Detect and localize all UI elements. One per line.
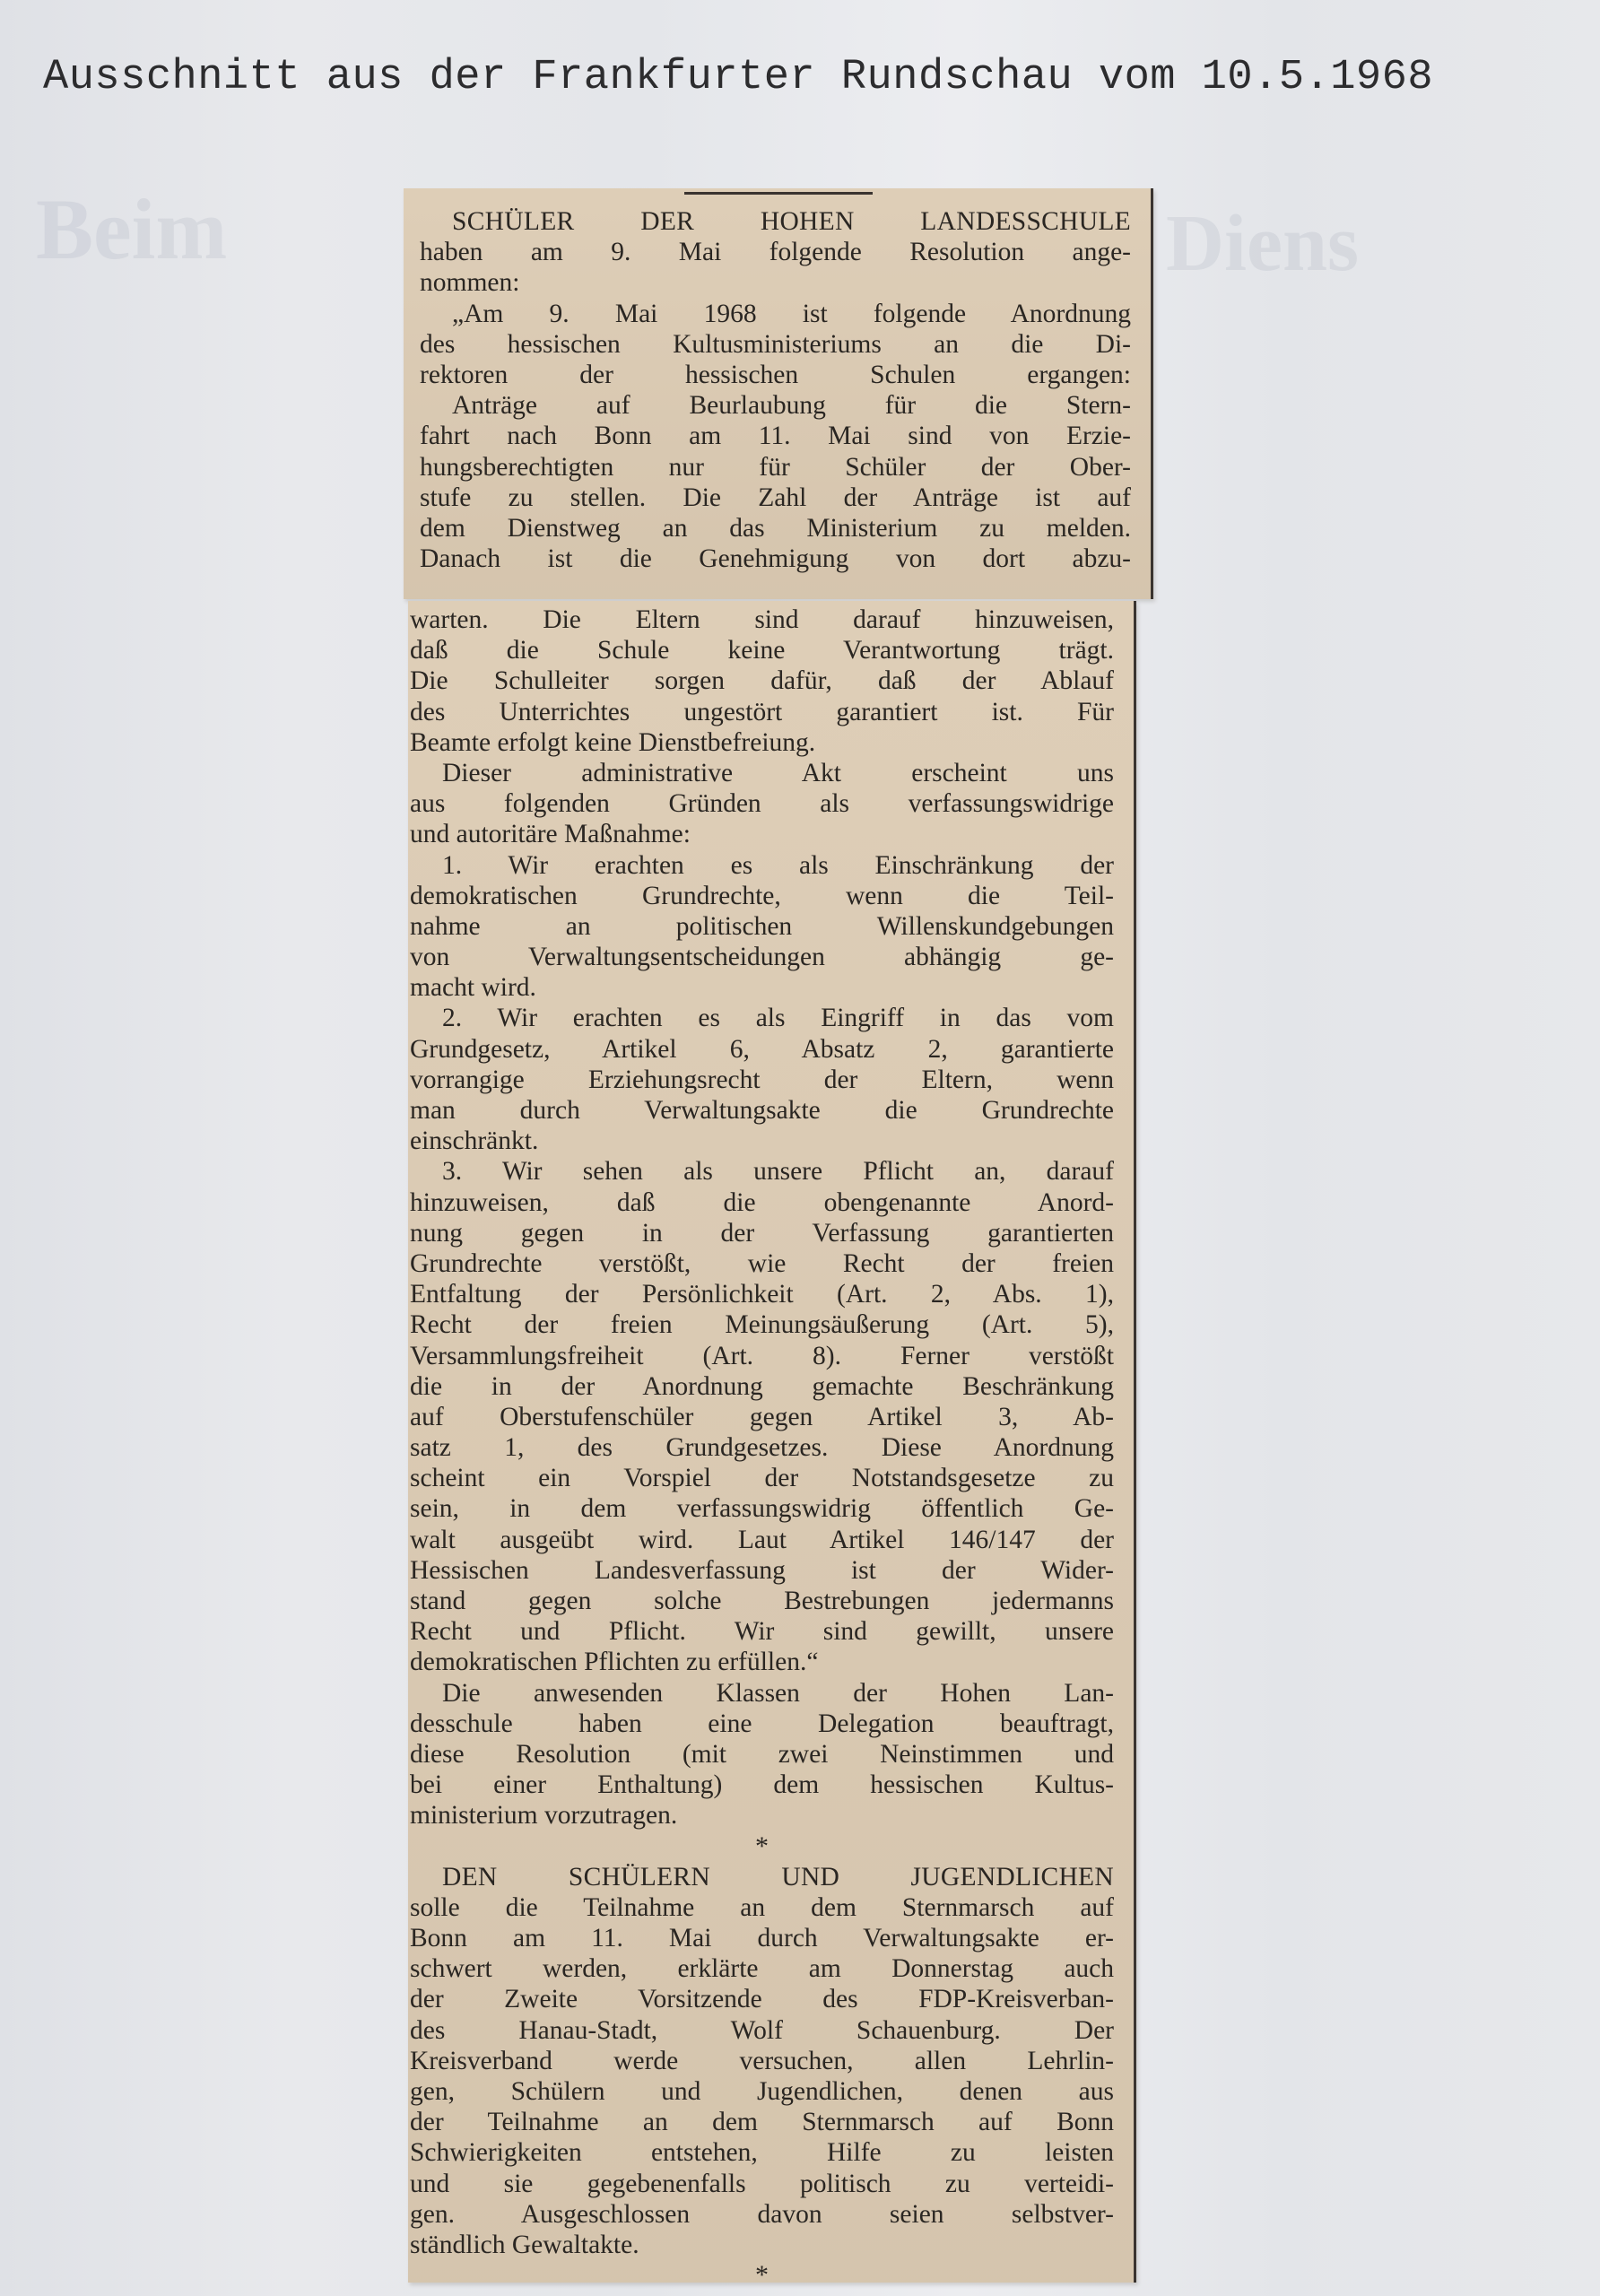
text-line: 3. Wir sehen als unsere Pflicht an, dara… (410, 1156, 1114, 1187)
text-line: hungsberechtigten nur für Schüler der Ob… (420, 452, 1131, 483)
text-line: rektoren der hessischen Schulen ergangen… (420, 360, 1131, 390)
text-line: des hessischen Kultusministeriums an die… (420, 329, 1131, 360)
text-line: einschränkt. (410, 1126, 1114, 1156)
text-line: demokratischen Grundrechte, wenn die Tei… (410, 881, 1114, 911)
column-rule (684, 192, 873, 195)
text-line: satz 1, des Grundgesetzes. Diese Anordnu… (410, 1432, 1114, 1463)
text-line: diese Resolution (mit zwei Neinstimmen u… (410, 1739, 1114, 1770)
text-line: Recht und Pflicht. Wir sind gewillt, uns… (410, 1616, 1114, 1647)
text-line: und sie gegebenenfalls politisch zu vert… (410, 2169, 1114, 2199)
text-line: die in der Anordnung gemachte Beschränku… (410, 1371, 1114, 1402)
text-line: Bonn am 11. Mai durch Verwaltungsakte er… (410, 1923, 1114, 1953)
text-line: demokratischen Pflichten zu erfüllen.“ (410, 1647, 1114, 1677)
clipping-piece-bottom: warten. Die Eltern sind darauf hinzuweis… (408, 601, 1136, 2283)
text-line: 1. Wir erachten es als Einschränkung der (410, 850, 1114, 881)
text-line: 2. Wir erachten es als Eingriff in das v… (410, 1003, 1114, 1033)
text-line: der Zweite Vorsitzende des FDP-Kreisverb… (410, 1984, 1114, 2014)
text-line: haben am 9. Mai folgende Resolution ange… (420, 237, 1131, 267)
text-line: nommen: (420, 267, 1131, 298)
text-line: vorrangige Erziehungsrecht der Eltern, w… (410, 1065, 1114, 1095)
separator-asterisk: * (410, 2260, 1114, 2291)
text-line: macht wird. (410, 972, 1114, 1003)
text-line: stand gegen solche Bestrebungen jederman… (410, 1586, 1114, 1616)
separator-asterisk: * (410, 1831, 1114, 1862)
text-line: fahrt nach Bonn am 11. Mai sind von Erzi… (420, 421, 1131, 451)
text-line: ständlich Gewaltakte. (410, 2230, 1114, 2260)
text-line: Grundrechte verstößt, wie Recht der frei… (410, 1248, 1114, 1279)
text-line: walt ausgeübt wird. Laut Artikel 146/147… (410, 1525, 1114, 1555)
bleed-through-headline: Beim (36, 179, 227, 279)
text-line: daß die Schule keine Verantwortung trägt… (410, 635, 1114, 665)
text-line: ministerium vorzutragen. (410, 1800, 1114, 1831)
text-line: des Unterrichtes ungestört garantiert is… (410, 697, 1114, 727)
text-line: gen. Ausgeschlossen davon seien selbstve… (410, 2199, 1114, 2230)
text-line: desschule haben eine Delegation beauftra… (410, 1709, 1114, 1739)
text-line: der Teilnahme an dem Sternmarsch auf Bon… (410, 2107, 1114, 2137)
typed-caption: Ausschnitt aus der Frankfurter Rundschau… (43, 54, 1433, 101)
article-text-bottom: warten. Die Eltern sind darauf hinzuweis… (410, 604, 1114, 2291)
text-line: Danach ist die Genehmigung von dort abzu… (420, 544, 1131, 574)
text-line: stufe zu stellen. Die Zahl der Anträge i… (420, 483, 1131, 513)
text-line: Dieser administrative Akt erscheint uns (410, 758, 1114, 788)
text-line: bei einer Enthaltung) dem hessischen Kul… (410, 1770, 1114, 1800)
text-line: Anträge auf Beurlaubung für die Stern- (420, 390, 1131, 421)
text-line: man durch Verwaltungsakte die Grundrecht… (410, 1095, 1114, 1126)
text-line: Die Schulleiter sorgen dafür, daß der Ab… (410, 665, 1114, 696)
text-line: warten. Die Eltern sind darauf hinzuweis… (410, 604, 1114, 635)
text-line: schwert werden, erklärte am Donnerstag a… (410, 1953, 1114, 1984)
text-line: gen, Schülern und Jugendlichen, denen au… (410, 2076, 1114, 2107)
article-lead-in: DEN SCHÜLERN UND JUGENDLICHEN (410, 1862, 1114, 1892)
text-line: aus folgenden Gründen als verfassungswid… (410, 788, 1114, 819)
text-line: von Verwaltungsentscheidungen abhängig g… (410, 942, 1114, 972)
text-line: dem Dienstweg an das Ministerium zu meld… (420, 513, 1131, 544)
bleed-through-headline-right: Diens (1166, 197, 1359, 290)
text-line: und autoritäre Maßnahme: (410, 819, 1114, 849)
text-line: Beamte erfolgt keine Dienstbefreiung. (410, 727, 1114, 758)
text-line: Die anwesenden Klassen der Hohen Lan- (410, 1678, 1114, 1709)
text-line: sein, in dem verfassungswidrig öffentlic… (410, 1493, 1114, 1524)
text-line: „Am 9. Mai 1968 ist folgende Anordnung (420, 299, 1131, 329)
article-lead-in: SCHÜLER DER HOHEN LANDESSCHULE (420, 206, 1131, 237)
text-line: Schwierigkeiten entstehen, Hilfe zu leis… (410, 2137, 1114, 2168)
text-line: Entfaltung der Persönlichkeit (Art. 2, A… (410, 1279, 1114, 1309)
text-line: Recht der freien Meinungsäußerung (Art. … (410, 1309, 1114, 1340)
clipping-piece-top: SCHÜLER DER HOHEN LANDESSCHULEhaben am 9… (404, 188, 1153, 599)
text-line: des Hanau-Stadt, Wolf Schauenburg. Der (410, 2015, 1114, 2046)
text-line: Grundgesetz, Artikel 6, Absatz 2, garant… (410, 1034, 1114, 1065)
text-line: hinzuweisen, daß die obengenannte Anord- (410, 1187, 1114, 1218)
text-line: nahme an politischen Willenskundgebungen (410, 911, 1114, 942)
text-line: Versammlungsfreiheit (Art. 8). Ferner ve… (410, 1341, 1114, 1371)
text-line: scheint ein Vorspiel der Notstandsgesetz… (410, 1463, 1114, 1493)
text-line: solle die Teilnahme an dem Sternmarsch a… (410, 1892, 1114, 1923)
text-line: auf Oberstufenschüler gegen Artikel 3, A… (410, 1402, 1114, 1432)
article-text-top: SCHÜLER DER HOHEN LANDESSCHULEhaben am 9… (420, 206, 1131, 574)
text-line: Kreisverband werde versuchen, allen Lehr… (410, 2046, 1114, 2076)
text-line: nung gegen in der Verfassung garantierte… (410, 1218, 1114, 1248)
text-line: Hessischen Landesverfassung ist der Wide… (410, 1555, 1114, 1586)
